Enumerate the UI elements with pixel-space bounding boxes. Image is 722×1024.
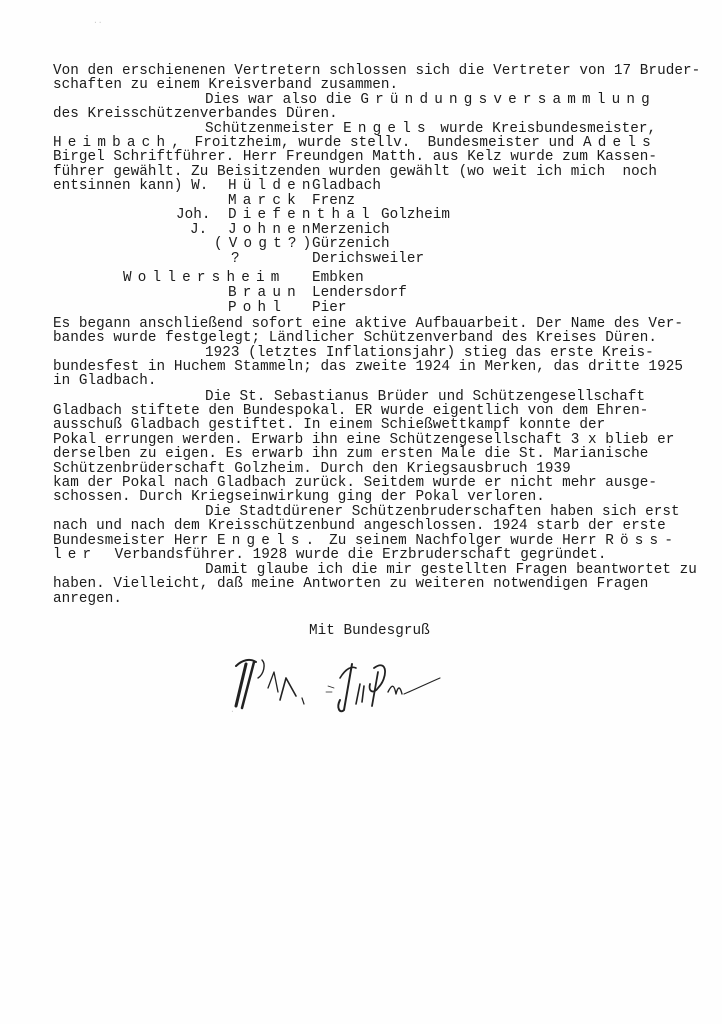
text-line: schossen. Durch Kriegseinwirkung ging de… [53,490,545,504]
assessor-first: Joh. [176,208,211,222]
assessor-place: Embken [312,271,364,285]
spaced-name: ler [53,547,97,563]
assessor-place: Frenz [312,194,355,208]
text-line: ausschuß Gladbach gestiftet. In einem Sc… [53,418,605,432]
assessor-place: Merzenich [312,223,390,237]
assessor-name: (Vogt?) [214,237,317,251]
assessor-name: Diefenthal [228,208,376,222]
assessor-place: Golzheim [381,208,450,222]
assessor-place: Lendersdorf [312,286,407,300]
text-line: Dies war also die Gründungsversammlung [205,93,656,107]
signature [228,648,488,718]
spaced-name: Röss- [605,533,679,549]
text-line: bundesfest in Huchem Stammeln; das zweit… [53,360,683,374]
text-line: Schützenmeister Engels wurde Kreisbundes… [205,122,656,136]
assessor-name: Hülden [228,179,317,193]
assessor-name: ? [231,252,240,266]
text-line: Birgel Schriftführer. Herr Freundgen Mat… [53,150,657,164]
text-line: anregen. [53,592,122,606]
text-line: in Gladbach. [53,374,157,388]
text-segment: Verbandsführer. 1928 wurde die Erzbruder… [97,547,606,563]
assessor-name: Braun [228,286,302,300]
text-line: Es begann anschließend sofort eine aktiv… [53,317,683,331]
text-line: haben. Vielleicht, daß meine Antworten z… [53,577,648,591]
assessor-place: Derichsweiler [312,252,424,266]
text-line: Heimbach, Froitzheim, wurde stellv. Bund… [53,136,657,150]
assessor-name: Wollersheim [123,271,286,285]
text-line: 1923 (letztes Inflationsjahr) stieg das … [205,346,654,360]
text-line: nach und nach dem Kreisschützenbund ange… [53,519,666,533]
text-line: bandes wurde festgelegt; Ländlicher Schü… [53,331,657,345]
scan-speck: .. [93,17,103,26]
scan-speck: . [230,706,235,715]
text-line: Damit glaube ich die mir gestellten Frag… [205,563,697,577]
text-line: führer gewählt. Zu Beisitzenden wurden g… [53,165,657,179]
text-line: Pokal errungen werden. Erwarb ihn eine S… [53,433,674,447]
closing-greeting: Mit Bundesgruß [309,624,430,638]
text-line: Die St. Sebastianus Brüder und Schützeng… [205,390,645,404]
text-line: Bundesmeister Herr Engels. Zu seinem Nac… [53,534,679,548]
text-line: derselben zu eigen. Es erwarb ihn zum er… [53,447,648,461]
assessor-first: J. [190,223,207,237]
document-page: .. Von den erschienenen Vertretern schlo… [0,0,722,1024]
text-line: schaften zu einem Kreisverband zusammen. [53,78,398,92]
text-line: Gladbach stiftete den Bundespokal. ER wu… [53,404,648,418]
text-line: entsinnen kann) W. [53,179,208,193]
text-line: des Kreisschützenverbandes Düren. [53,107,338,121]
assessor-name: Marck [228,194,302,208]
assessor-place: Pier [312,301,347,315]
text-line: Von den erschienenen Vertretern schlosse… [53,64,700,78]
text-line: kam der Pokal nach Gladbach zurück. Seit… [53,476,657,490]
assessor-name: Johnen [228,223,317,237]
text-line: Die Stadtdürener Schützenbruderschaften … [205,505,680,519]
text-line: ler Verbandsführer. 1928 wurde die Erzbr… [53,548,607,562]
assessor-name: Pohl [228,301,287,315]
spaced-word: Gründungsversammlung [360,92,656,108]
assessor-place: Gladbach [312,179,381,193]
text-line: Schützenbrüderschaft Golzheim. Durch den… [53,462,571,476]
assessor-place: Gürzenich [312,237,390,251]
